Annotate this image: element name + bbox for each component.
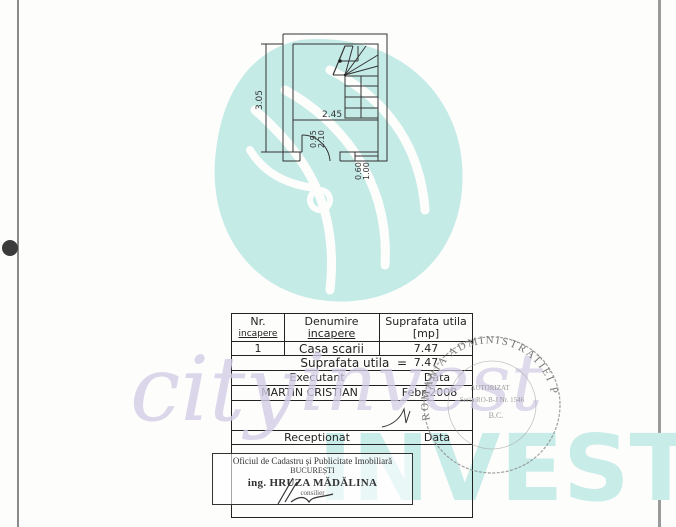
stamp-signature: [263, 476, 343, 506]
svg-text:ROMANIA ADMINISTRATIEI PUBLICE: ROMANIA ADMINISTRATIEI PUBLICE: [0, 0, 560, 422]
svg-text:B.C.: B.C.: [489, 411, 504, 420]
svg-text:AUTORIZAT: AUTORIZAT: [470, 384, 510, 392]
stamp-city: BUCUREȘTI: [213, 466, 412, 475]
round-stamp: ROMANIA ADMINISTRATIEI PUBLICE AUTORIZAT…: [0, 0, 676, 527]
cadastral-stamp: Oficiul de Cadastru și Publicitate Imobi…: [212, 453, 413, 505]
stamp-office: Oficiul de Cadastru și Publicitate Imobi…: [213, 456, 412, 466]
svg-text:Seria RO-B-J Nr. 1546: Seria RO-B-J Nr. 1546: [460, 396, 525, 404]
